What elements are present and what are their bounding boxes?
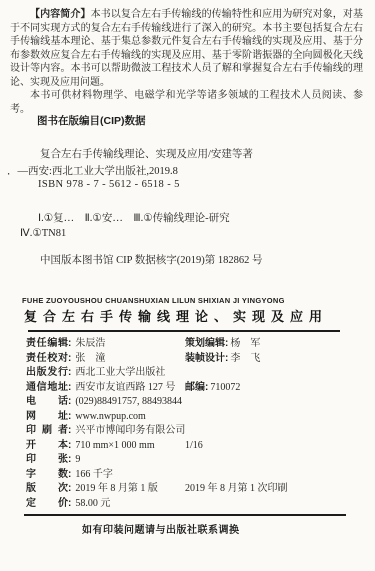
label-colon: : <box>68 498 71 509</box>
summary-label: 【内容简介】 <box>30 9 91 20</box>
row-value: 710 mm×1 000 mm <box>75 440 154 451</box>
row-address: 通信地址:西安市友谊西路 127 号 邮编:710072 <box>26 381 357 396</box>
row-phone: 电话:(029)88491757, 88493844 <box>26 395 357 410</box>
row-label: 责任校对 <box>26 352 68 367</box>
row-value: 9 <box>75 454 80 465</box>
row-website: 网址:www.nwpup.com <box>26 410 357 425</box>
label-colon: : <box>68 425 71 436</box>
classification-line-1: Ⅰ.①复… Ⅱ.①安… Ⅲ.①传输线理论-研究 <box>38 210 230 225</box>
right-colon: : <box>225 338 228 349</box>
copyright-page: 【内容简介】本书以复合左右手传输线的传输特性和应用为研究对象，对基于不同实现方式… <box>0 0 375 571</box>
row-sheets: 印张:9 <box>26 453 357 468</box>
content-summary: 【内容简介】本书以复合左右手传输线的传输特性和应用为研究对象，对基于不同实现方式… <box>10 8 363 116</box>
label-colon: : <box>68 483 71 494</box>
classification-line-2: Ⅳ.①TN81 <box>20 227 66 239</box>
row-label: 字数 <box>26 468 68 483</box>
label-colon: : <box>68 454 71 465</box>
summary-text-1: 本书以复合左右手传输线的传输特性和应用为研究对象，对基于不同实现方式的复合左右手… <box>10 9 363 88</box>
row-edition: 版次:2019 年 8 月第 1 版 2019 年 8 月第 1 次印刷 <box>26 482 357 497</box>
label-colon: : <box>68 353 71 364</box>
row-format: 开本:710 mm×1 000 mm 1/16 <box>26 439 357 454</box>
right-value: 杨 军 <box>230 338 260 349</box>
row-value: 张 潼 <box>75 353 105 364</box>
label-colon: : <box>68 469 71 480</box>
right-value: 李 飞 <box>230 353 260 364</box>
cip-title-line: 复合左右手传输线理论、实现及应用/安建等著 <box>40 146 253 161</box>
row-editor: 责任编辑:朱辰浩 策划编辑:杨 军 <box>26 337 357 352</box>
summary-paragraph-2: 本书可供材料物理学、电磁学和光学等诸多领域的工程技术人员阅读、参考。 <box>10 89 363 116</box>
row-value: www.nwpup.com <box>75 411 145 422</box>
isbn-line: ISBN 978 - 7 - 5612 - 6518 - 5 <box>38 179 180 190</box>
book-title: 复合左右手传输线理论、实现及应用 <box>24 306 328 325</box>
row-publisher: 出版发行:西北工业大学出版社 <box>26 366 357 381</box>
row-value: 西北工业大学出版社 <box>75 367 165 378</box>
row-price: 定价:58.00 元 <box>26 497 357 512</box>
label-colon: : <box>68 382 71 393</box>
row-wordcount: 字数:166 千字 <box>26 468 357 483</box>
label-colon: : <box>68 440 71 451</box>
row-value: 西安市友谊西路 127 号 <box>75 382 175 393</box>
right-colon: : <box>225 353 228 364</box>
row-printer: 印刷者:兴平市博闻印务有限公司 <box>26 424 357 439</box>
row-proofreader: 责任校对:张 潼 装帧设计:李 飞 <box>26 352 357 367</box>
row-value: 2019 年 8 月第 1 版 <box>75 483 158 494</box>
row-right: 策划编辑:杨 军 <box>185 337 260 352</box>
right-colon: : <box>205 382 208 393</box>
row-value: 兴平市博闻印务有限公司 <box>75 425 185 436</box>
label-colon: : <box>68 338 71 349</box>
right-value: 2019 年 8 月第 1 次印刷 <box>185 483 288 494</box>
row-label: 责任编辑 <box>26 337 68 352</box>
row-label: 定价 <box>26 497 68 512</box>
right-label: 装帧设计 <box>185 353 225 364</box>
row-label: 网址 <box>26 410 68 425</box>
pinyin-title: FUHE ZUOYOUSHOU CHUANSHUXIAN LILUN SHIXI… <box>22 296 285 305</box>
row-right: 1/16 <box>185 439 203 454</box>
label-colon: : <box>68 367 71 378</box>
row-value: (029)88491757, 88493844 <box>75 396 182 407</box>
row-value: 朱辰浩 <box>75 338 105 349</box>
row-label: 通信地址 <box>26 381 68 396</box>
right-value: 1/16 <box>185 440 203 451</box>
title-underline <box>28 330 340 332</box>
bottom-divider <box>24 514 346 516</box>
cip-record-number: 中国版本图书馆 CIP 数据核字(2019)第 182862 号 <box>40 252 262 267</box>
row-right: 邮编:710072 <box>185 381 240 396</box>
right-label: 邮编 <box>185 382 205 393</box>
row-label: 出版发行 <box>26 366 68 381</box>
row-right: 装帧设计:李 飞 <box>185 352 260 367</box>
label-colon: : <box>68 396 71 407</box>
row-label: 印张 <box>26 453 68 468</box>
cip-publisher-line: ．—西安:西北工业大学出版社,2019.8 <box>7 163 178 178</box>
right-value: 710072 <box>210 382 240 393</box>
row-label: 印刷者 <box>26 424 68 439</box>
binding-note: 如有印装问题请与出版社联系调换 <box>82 521 240 536</box>
publication-info: 责任编辑:朱辰浩 策划编辑:杨 军 责任校对:张 潼 装帧设计:李 飞 出版发行… <box>26 337 357 511</box>
row-right: 2019 年 8 月第 1 次印刷 <box>185 482 288 497</box>
cip-heading: 图书在版编目(CIP)数据 <box>37 113 146 128</box>
row-label: 电话 <box>26 395 68 410</box>
row-label: 版次 <box>26 482 68 497</box>
row-value: 58.00 元 <box>75 498 110 509</box>
right-label: 策划编辑 <box>185 338 225 349</box>
label-colon: : <box>68 411 71 422</box>
summary-paragraph-1: 【内容简介】本书以复合左右手传输线的传输特性和应用为研究对象，对基于不同实现方式… <box>10 8 363 89</box>
row-label: 开本 <box>26 439 68 454</box>
row-value: 166 千字 <box>75 469 113 480</box>
